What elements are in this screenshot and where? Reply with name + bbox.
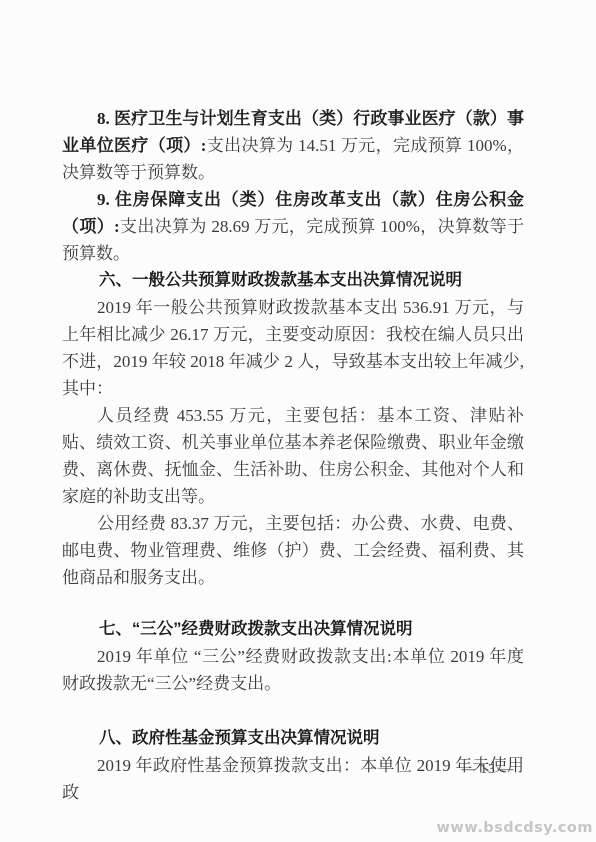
- section-7-paragraph-1: 2019 年单位 “三公”经费财政拨款支出:本单位 2019 年度财政拨款无“三…: [62, 643, 524, 697]
- section-6-paragraph-2: 人员经费 453.55 万元，主要包括：基本工资、津贴补贴、绩效工资、机关事业单…: [62, 402, 524, 510]
- watermark: www.bsdcdsy.com: [436, 820, 593, 836]
- section-6-heading: 六、一般公共预算财政拨款基本支出决算情况说明: [62, 267, 524, 294]
- item-8-paragraph: 8. 医疗卫生与计划生育支出（类）行政事业医疗（款）事业单位医疗（项）:支出决算…: [62, 105, 524, 186]
- section-6-paragraph-1: 2019 年一般公共预算财政拨款基本支出 536.91 万元，与上年相比减少 2…: [62, 294, 524, 402]
- page-number: — 13 —: [452, 761, 524, 777]
- document-body: 8. 医疗卫生与计划生育支出（类）行政事业医疗（款）事业单位医疗（项）:支出决算…: [62, 105, 524, 806]
- section-7-heading: 七、“三公”经费财政拨款支出决算情况说明: [62, 616, 524, 643]
- item-9-paragraph: 9. 住房保障支出（类）住房改革支出（款）住房公积金（项）:支出决算为 28.6…: [62, 186, 524, 267]
- item-9-text: 支出决算为 28.69 万元，完成预算 100%，决算数等于预算数。: [62, 217, 524, 263]
- document-page: 8. 医疗卫生与计划生育支出（类）行政事业医疗（款）事业单位医疗（项）:支出决算…: [0, 0, 596, 842]
- section-6-paragraph-3: 公用经费 83.37 万元，主要包括：办公费、水费、电费、邮电费、物业管理费、维…: [62, 510, 524, 591]
- section-8-heading: 八、政府性基金预算支出决算情况说明: [62, 725, 524, 752]
